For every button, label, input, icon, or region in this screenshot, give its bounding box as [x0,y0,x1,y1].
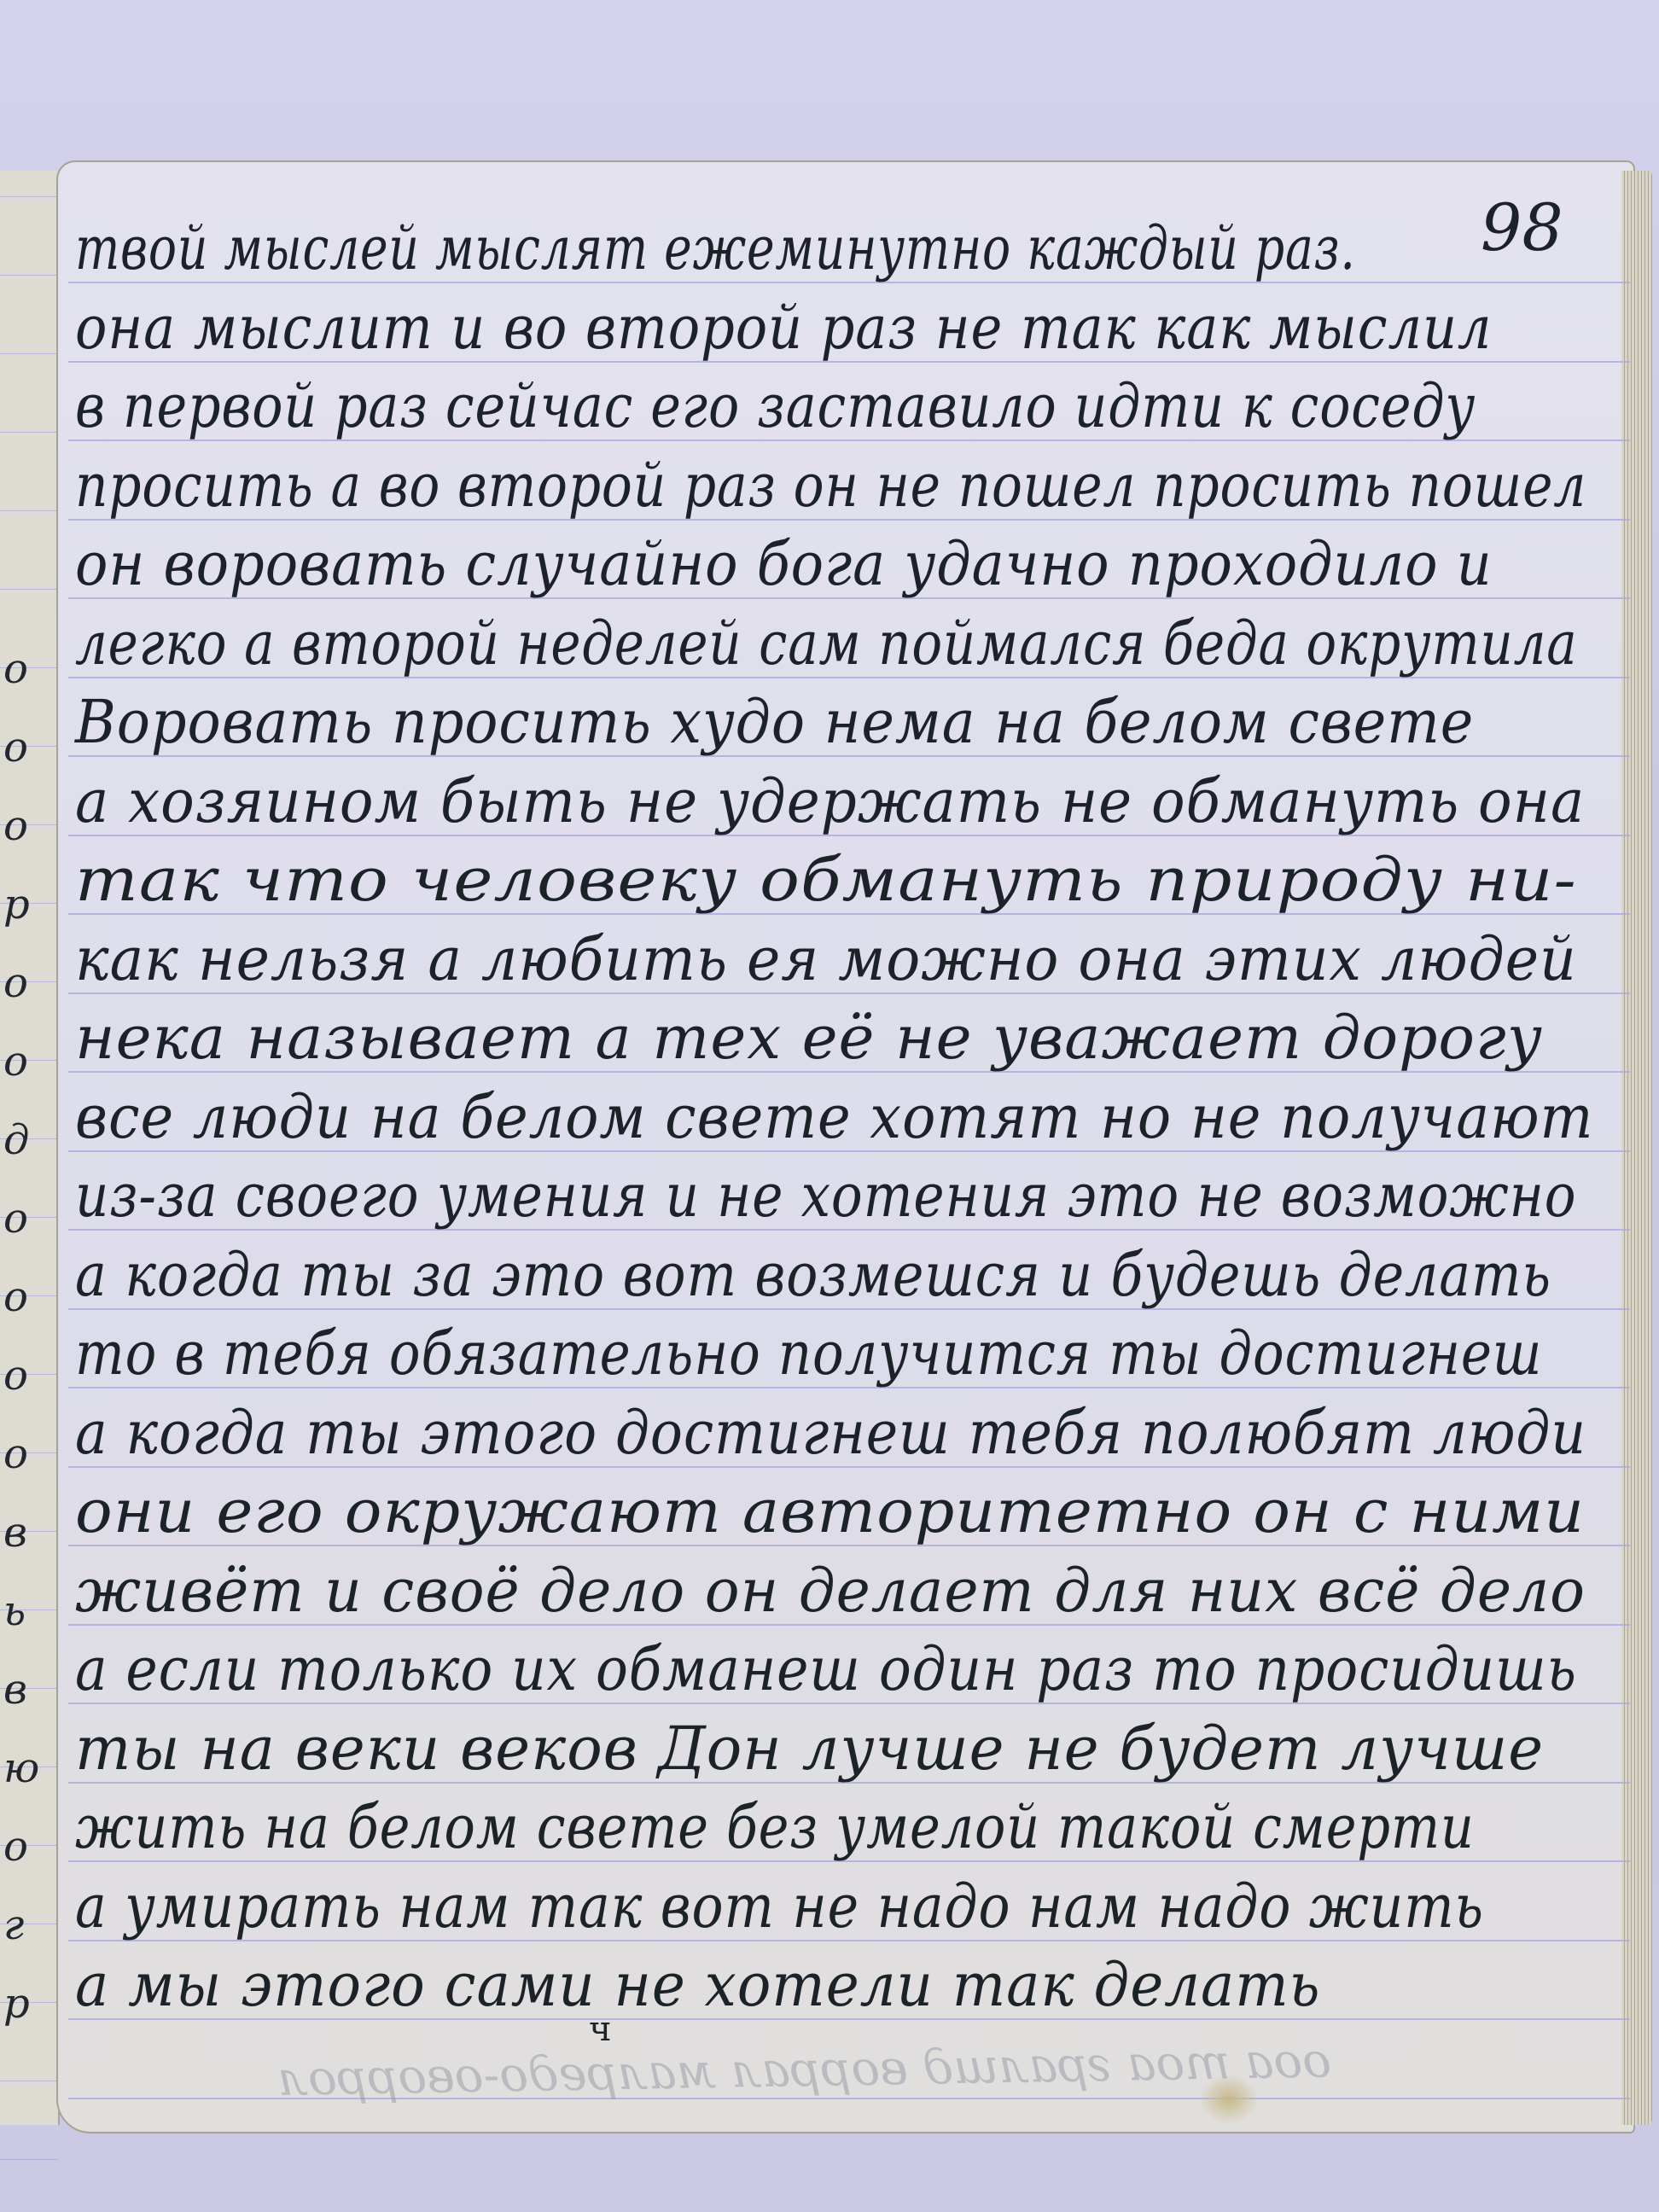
handwritten-line: а когда ты за это вот возмешся и будешь … [75,1245,1551,1305]
handwritten-line: а когда ты этого достигнеш тебя полюбят … [75,1403,1586,1463]
handwritten-line: а мы этого сами не хотели так делать [75,1955,1320,2015]
margin-ruled-line [0,432,58,433]
margin-ruled-line [0,2159,58,2160]
margin-fragment: ю [3,1748,39,1789]
margin-ruled-line [0,589,58,590]
handwritten-line: просить а во второй раз он не пошел прос… [75,456,1586,515]
margin-ruled-line [0,2081,58,2081]
handwritten-line: жить на белом свете без умелой такой сме… [75,1797,1475,1857]
handwritten-line: в первой раз сейчас его заставило идти к… [75,376,1476,436]
handwritten-line: нека называет а тех её не уважает дорогу [75,1008,1543,1068]
handwritten-line: а умирать нам так вот не надо нам надо ж… [75,1877,1484,1936]
handwritten-line: легко а второй неделей сам поймался беда… [75,614,1578,673]
previous-page-edge: ооороодоооовьвюогр [0,171,60,2125]
handwritten-line: то в тебя обязательно получится ты дости… [75,1324,1542,1383]
margin-fragment: о [3,963,28,1004]
margin-fragment: г [3,1905,24,1946]
handwritten-line: живёт и своё дело он делает для них всё … [75,1561,1586,1621]
handwritten-line: ты на веки веков Дон лучше не будет лучш… [75,1719,1544,1778]
handwritten-line: как нельзя а любить ея можно она этих лю… [75,929,1577,989]
margin-fragment: о [3,1434,28,1475]
margin-fragment: о [3,1826,28,1867]
handwritten-line: так что человеку обмануть природу ни- [75,850,1577,910]
margin-fragment: ь [3,1591,26,1632]
ink-mark: ч [589,2010,611,2049]
margin-fragment: р [3,884,30,925]
margin-ruled-line [0,353,58,354]
margin-fragment: о [3,727,28,768]
margin-fragment: в [3,1512,27,1553]
handwritten-line: а если только их обманеш один раз то про… [75,1639,1577,1699]
handwritten-line: она мыслит и во второй раз не так как мы… [75,298,1492,358]
margin-fragment: д [3,1120,29,1161]
margin-fragment: в [3,1669,27,1710]
margin-ruled-line [0,196,58,197]
handwritten-line: твой мыслей мыслят ежеминутно каждый раз… [75,218,1356,278]
handwritten-line: они его окружают авторитетно он с ними [75,1481,1585,1541]
margin-fragment: о [3,649,28,690]
margin-fragment: р [3,1983,30,2024]
handwritten-line: а хозяином быть не удержать не обмануть … [75,771,1585,831]
handwritten-line: все люди на белом свете хотят но не полу… [75,1087,1593,1147]
page-number: 98 [1481,189,1563,265]
handwritten-line: Воровать просить худо нема на белом свет… [75,692,1474,752]
margin-ruled-line [0,510,58,511]
handwritten-line: из-за своего умения и не хотения это не … [75,1166,1576,1225]
margin-fragment: о [3,1277,28,1318]
handwritten-line: он воровать случайно бога удачно проходи… [75,534,1493,594]
margin-fragment: о [3,1041,28,1082]
margin-fragment: о [3,1198,28,1239]
paper-stain [1199,2074,1259,2125]
margin-fragment: о [3,1355,28,1396]
margin-ruled-line [0,275,58,276]
margin-fragment: о [3,806,28,847]
page-stack-edges [1621,171,1652,2125]
